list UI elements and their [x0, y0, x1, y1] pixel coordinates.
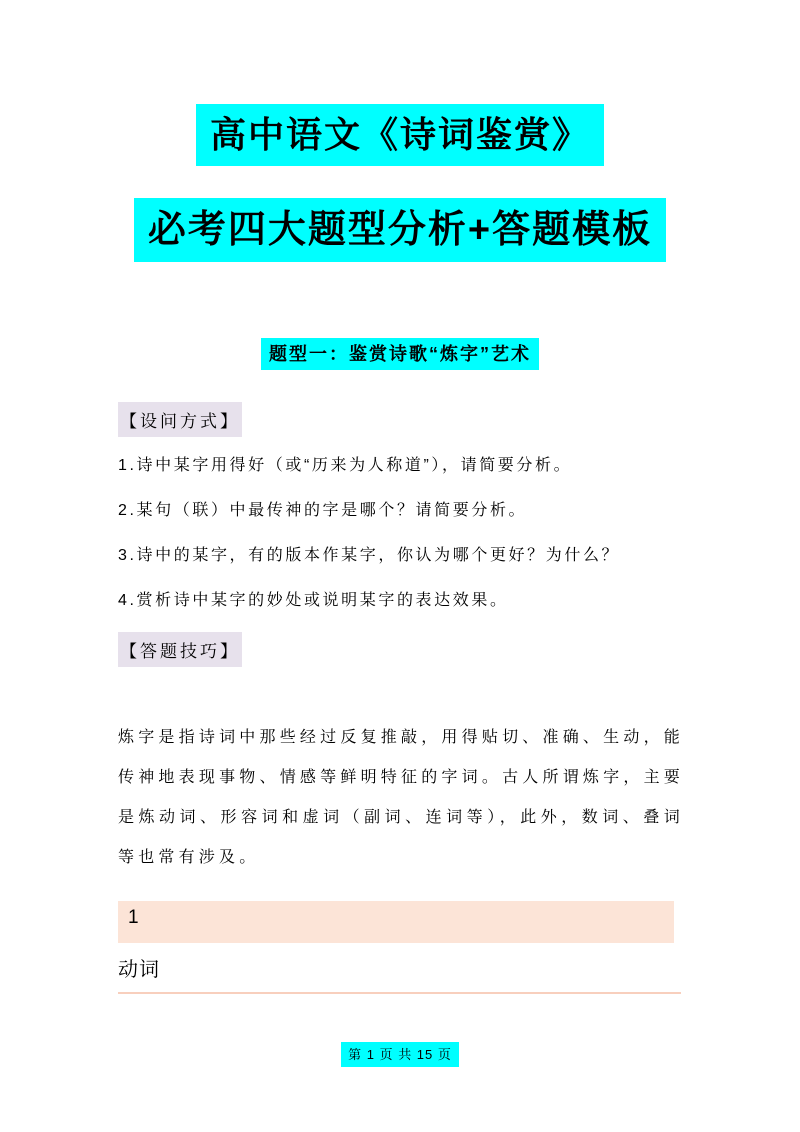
divider-line [118, 992, 681, 994]
main-title-line1: 高中语文《诗词鉴赏》 [196, 104, 604, 166]
answer-tips-header-row: 【答题技巧】 [118, 632, 242, 667]
main-title-row-1: 高中语文《诗词鉴赏》 [0, 104, 800, 166]
ask-method-item-4: 4.赏析诗中某字的妙处或说明某字的表达效果。 [118, 587, 509, 610]
page-number-badge: 第 1 页 共 15 页 [341, 1042, 459, 1067]
ask-method-item-3: 3.诗中的某字，有的版本作某字，你认为哪个更好？为什么？ [118, 542, 620, 565]
section-subtitle: 题型一：鉴赏诗歌“炼字”艺术 [261, 338, 539, 370]
ask-method-header-row: 【设问方式】 [118, 402, 242, 437]
page-footer-row: 第 1 页 共 15 页 [0, 1042, 800, 1067]
tips-paragraph: 炼字是指诗词中那些经过反复推敲，用得贴切、准确、生动，能传神地表现事物、情感等鲜… [118, 718, 684, 878]
ask-method-header: 【设问方式】 [118, 402, 242, 437]
band-number: 1 [128, 907, 139, 928]
main-title-row-2: 必考四大题型分析+答题模板 [0, 198, 800, 262]
ask-method-item-1: 1.诗中某字用得好（或“历来为人称道”），请简要分析。 [118, 452, 572, 475]
document-page: { "doc": { "title_line1": "高中语文《诗词鉴赏》", … [0, 0, 800, 1132]
numbered-band: 1 [118, 901, 674, 943]
section-subtitle-row: 题型一：鉴赏诗歌“炼字”艺术 [0, 338, 800, 370]
word-class-label: 动词 [118, 957, 160, 983]
answer-tips-header: 【答题技巧】 [118, 632, 242, 667]
ask-method-item-2: 2.某句（联）中最传神的字是哪个？请简要分析。 [118, 497, 527, 520]
main-title-line2: 必考四大题型分析+答题模板 [134, 198, 666, 262]
